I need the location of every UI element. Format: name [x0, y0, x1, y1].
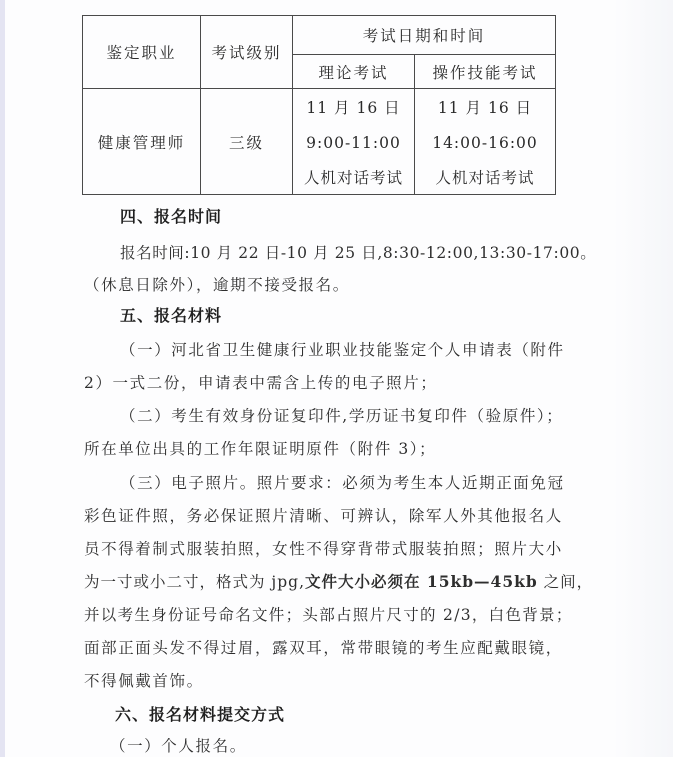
header-practical: 操作技能考试 [415, 55, 556, 89]
registration-time-line: 报名时间:10 月 22 日-10 月 25 日,8:30-12:00,13:3… [120, 241, 596, 263]
theory-time: 9:00-11:00 [293, 128, 414, 158]
materials-item3-line6: 面部正面头发不得过眉，露双耳，常带眼镜的考生应配戴眼镜， [84, 636, 563, 658]
exam-schedule-table: 鉴定职业 考试级别 考试日期和时间 理论考试 操作技能考试 健康管理师 三级 1… [82, 15, 556, 195]
materials-item1-line2: 2）一式二份，申请表中需含上传的电子照片； [84, 371, 437, 393]
photo-format-text: 为一寸或小二寸，格式为 jpg, [84, 573, 305, 591]
header-occupation: 鉴定职业 [83, 16, 201, 89]
theory-mode: 人机对话考试 [293, 163, 414, 193]
header-level: 考试级别 [201, 16, 293, 89]
practical-date: 11 月 16 日 [415, 93, 555, 123]
document-page: 鉴定职业 考试级别 考试日期和时间 理论考试 操作技能考试 健康管理师 三级 1… [0, 0, 673, 757]
materials-item3-line1: （三）电子照片。照片要求：必须为考生本人近期正面免冠 [120, 471, 565, 493]
cell-practical: 11 月 16 日 14:00-16:00 人机对话考试 [415, 89, 556, 195]
cell-theory: 11 月 16 日 9:00-11:00 人机对话考试 [293, 89, 415, 195]
submission-item1: （一）个人报名。 [110, 734, 247, 756]
cell-occupation: 健康管理师 [83, 89, 201, 195]
photo-size-requirement: 文件大小必须在 15kb—45kb [305, 572, 538, 591]
materials-item3-line4: 为一寸或小二寸，格式为 jpg,文件大小必须在 15kb—45kb 之间， [84, 570, 593, 592]
materials-item3-line5: 并以考生身份证号命名文件；头部占照片尺寸的 2/3，白色背景； [84, 603, 573, 625]
materials-item2-line2: 所在单位出具的工作年限证明原件（附件 3）； [84, 437, 436, 459]
theory-date: 11 月 16 日 [293, 93, 414, 123]
table-row: 健康管理师 三级 11 月 16 日 9:00-11:00 人机对话考试 11 … [83, 89, 556, 195]
materials-item2-line1: （二）考生有效身份证复印件,学历证书复印件（验原件）； [120, 404, 563, 426]
section-heading-submission-method: 六、报名材料提交方式 [115, 702, 285, 725]
header-datetime-group: 考试日期和时间 [293, 16, 556, 55]
section-heading-materials: 五、报名材料 [120, 303, 222, 326]
table-header-row: 鉴定职业 考试级别 考试日期和时间 [83, 16, 556, 55]
header-theory: 理论考试 [293, 55, 415, 89]
materials-item3-line3: 员不得着制式服装拍照，女性不得穿背带式服装拍照；照片大小 [84, 537, 563, 559]
materials-item3-line2: 彩色证件照，务必保证照片清晰、可辨认，除军人外其他报名人 [84, 504, 563, 526]
registration-time-note: （休息日除外），逾期不接受报名。 [84, 273, 350, 295]
cell-level: 三级 [201, 89, 293, 195]
materials-item3-line7: 不得佩戴首饰。 [84, 669, 204, 691]
materials-item1-line1: （一）河北省卫生健康行业职业技能鉴定个人申请表（附件 [120, 338, 565, 360]
photo-size-suffix: 之间， [538, 573, 593, 591]
practical-time: 14:00-16:00 [415, 128, 555, 158]
section-heading-registration-time: 四、报名时间 [120, 204, 222, 227]
practical-mode: 人机对话考试 [415, 163, 555, 193]
